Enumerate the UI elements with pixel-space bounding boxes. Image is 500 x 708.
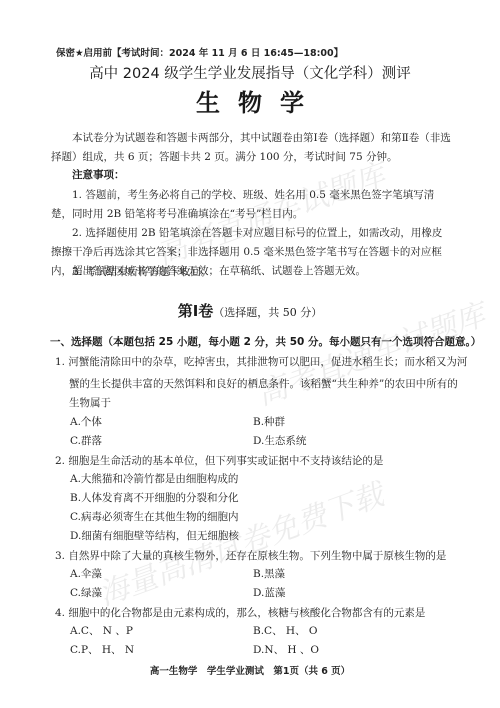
question-3-option-a: A.伞藻 [70,566,102,581]
question-3-option-c: C.绿藻 [70,585,102,600]
question-1-line-3: 生物属于 [69,395,111,410]
question-3-option-d: D.蓝藻 [253,585,285,600]
exam-title: 高中 2024 级学生学业发展指导（文化学科）测评 [0,62,500,83]
question-1-option-d: D.生态系统 [253,433,306,448]
notice-item-3: 3. 考试结束后将答题卡收回。 [72,263,211,282]
section-subtitle: （选择题，共 50 分） [213,306,322,319]
page-footer: 高一生物学 学生学业测试 第1页（共 6 页） [0,663,500,677]
question-1-option-a: A.个体 [70,414,102,429]
part-heading: 一、选择题（本题包括 25 小题，每小题 2 分，共 50 分。每小题只有一个选… [50,334,481,349]
question-4-option-b: B.C、 H、 O [253,623,318,638]
question-1-line-1: 1. 河蟹能清除田中的杂草，吃掉害虫，其排泄物可以肥田，促进水稻生长；而水稻又为… [55,353,467,372]
question-2-option-a: A.大熊猫和冷箭竹都是由细胞构成的 [70,471,238,486]
section-heading: 第Ⅰ卷（选择题，共 50 分） [0,300,500,321]
question-4-option-d: D.N、 H 、O [253,642,319,657]
notice-title: 注意事项： [72,167,125,182]
question-2-option-d: D.细菌有细胞壁等结构，但无细胞核 [70,528,239,543]
question-4-option-a: A.C、 N 、P [70,623,133,638]
question-1-line-2: 蟹的生长提供丰富的天然饵料和良好的栖息条件。该稻蟹“共生种养”的农田中所有的 [69,376,458,391]
question-3-stem: 3. 自然界中除了大量的真核生物外，还存在原核生物。下列生物中属于原核生物的是 [55,547,446,566]
question-2-option-b: B.人体发育离不开细胞的分裂和分化 [70,490,239,505]
question-2-stem: 2. 细胞是生命活动的基本单位，但下列事实或证据中不支持该结论的是 [55,452,383,471]
question-2-option-c: C.病毒必须寄生在其他生物的细胞内 [70,509,239,524]
notice-item-1: 1. 答题前，考生务必将自己的学校、班级、姓名用 0.5 毫米黑色签字笔填写清楚… [51,186,451,224]
question-1-option-c: C.群落 [70,433,102,448]
section-title: 第Ⅰ卷 [178,302,214,320]
confidential-exam-time: 保密★启用前【考试时间：2024 年 11 月 6 日 16:45—18:00】 [56,45,343,59]
question-3-option-b: B.黑藻 [253,566,285,581]
question-4-stem: 4. 细胞中的化合物都是由元素构成的，那么，核糖与核酸化合物都含有的元素是 [55,604,425,623]
question-4-option-c: C.P、 H、 N [70,642,134,657]
intro-paragraph: 本试卷分为试题卷和答题卡两部分，其中试题卷由第Ⅰ卷（选择题）和第Ⅱ卷（非选择题）… [51,129,451,167]
subject-title: 生物学 [0,83,500,118]
question-1-option-b: B.种群 [253,414,285,429]
